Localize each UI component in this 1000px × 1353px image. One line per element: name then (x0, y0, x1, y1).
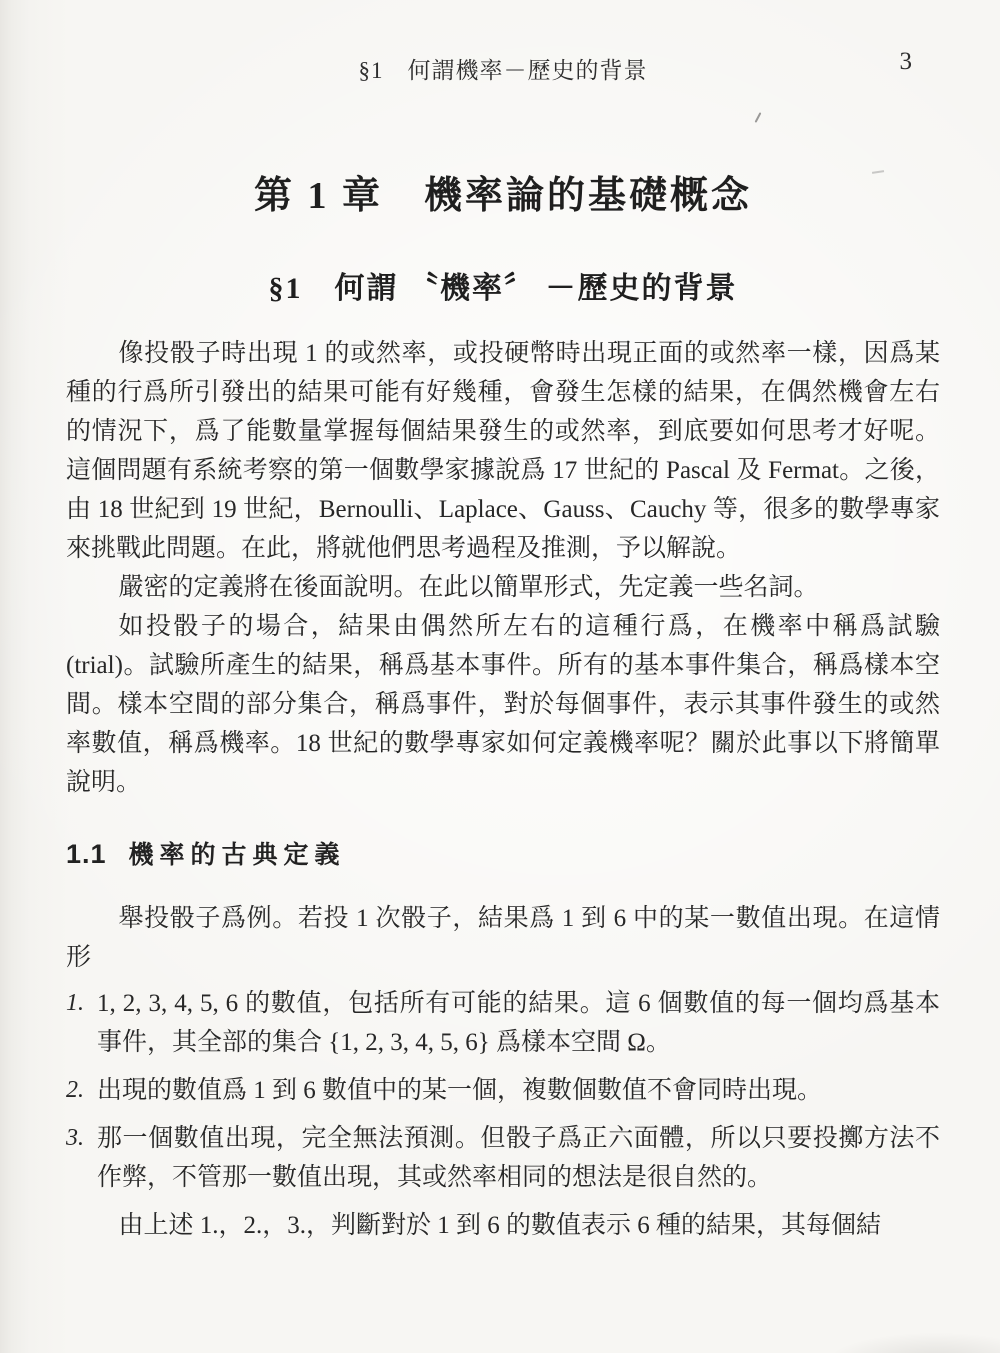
chapter-title: 第 1 章 機率論的基礎概念 (66, 164, 940, 219)
subsection-title: 機率的古典定義 (129, 835, 346, 871)
page-number: 3 (900, 48, 913, 76)
list-item-text: 出現的數值爲 1 到 6 數值中的某一個，複數個數值不會同時出現。 (97, 1071, 940, 1110)
intro-paragraph-1: 像投骰子時出現 1 的或然率，或投硬幣時出現正面的或然率一樣，因爲某種的行爲所引… (66, 334, 940, 568)
closing-paragraph: 由上述 1.，2.，3.，判斷對於 1 到 6 的數值表示 6 種的結果，其每個… (66, 1206, 940, 1245)
list-item: 1. 1, 2, 3, 4, 5, 6 的數值，包括所有可能的結果。這 6 個數… (66, 984, 940, 1062)
example-paragraph: 舉投骰子爲例。若投 1 次骰子，結果爲 1 到 6 中的某一數值出現。在這情形 (66, 899, 940, 977)
list-item-marker: 1. (66, 984, 97, 1023)
subsection-number: 1.1 (66, 839, 107, 870)
list-item: 3. 那一個數值出現，完全無法預測。但骰子爲正六面體，所以只要投擲方法不作弊，不… (66, 1119, 940, 1197)
section-title: §1 何謂 〝機率〞 －歷史的背景 (66, 263, 940, 307)
list-item-text: 1, 2, 3, 4, 5, 6 的數值，包括所有可能的結果。這 6 個數值的每… (97, 984, 940, 1062)
running-header: §1 何謂機率－歷史的背景 3 (66, 52, 940, 84)
list-item-marker: 2. (66, 1071, 97, 1110)
running-header-title: §1 何謂機率－歷史的背景 (359, 58, 648, 83)
intro-paragraph-2: 嚴密的定義將在後面說明。在此以簡單形式，先定義一些名詞。 (66, 568, 940, 607)
intro-paragraphs: 像投骰子時出現 1 的或然率，或投硬幣時出現正面的或然率一樣，因爲某種的行爲所引… (66, 334, 940, 802)
list-item-text: 那一個數值出現，完全無法預測。但骰子爲正六面體，所以只要投擲方法不作弊，不管那一… (97, 1119, 940, 1197)
intro-paragraph-3: 如投骰子的場合，結果由偶然所左右的這種行爲，在機率中稱爲試驗 (trial)。試… (66, 607, 940, 802)
closing-paragraph-block: 由上述 1.，2.，3.，判斷對於 1 到 6 的數值表示 6 種的結果，其每個… (66, 1206, 940, 1245)
example-paragraph-block: 舉投骰子爲例。若投 1 次骰子，結果爲 1 到 6 中的某一數值出現。在這情形 (66, 899, 940, 977)
subsection-heading: 1.1 機率的古典定義 (66, 835, 940, 871)
scanned-book-page: §1 何謂機率－歷史的背景 3 第 1 章 機率論的基礎概念 §1 何謂 〝機率… (0, 0, 1000, 1353)
list-item-marker: 3. (66, 1119, 97, 1158)
list-item: 2. 出現的數值爲 1 到 6 數值中的某一個，複數個數值不會同時出現。 (66, 1071, 940, 1110)
numbered-list: 1. 1, 2, 3, 4, 5, 6 的數值，包括所有可能的結果。這 6 個數… (66, 984, 940, 1197)
page-content: §1 何謂機率－歷史的背景 3 第 1 章 機率論的基礎概念 §1 何謂 〝機率… (66, 0, 940, 1245)
